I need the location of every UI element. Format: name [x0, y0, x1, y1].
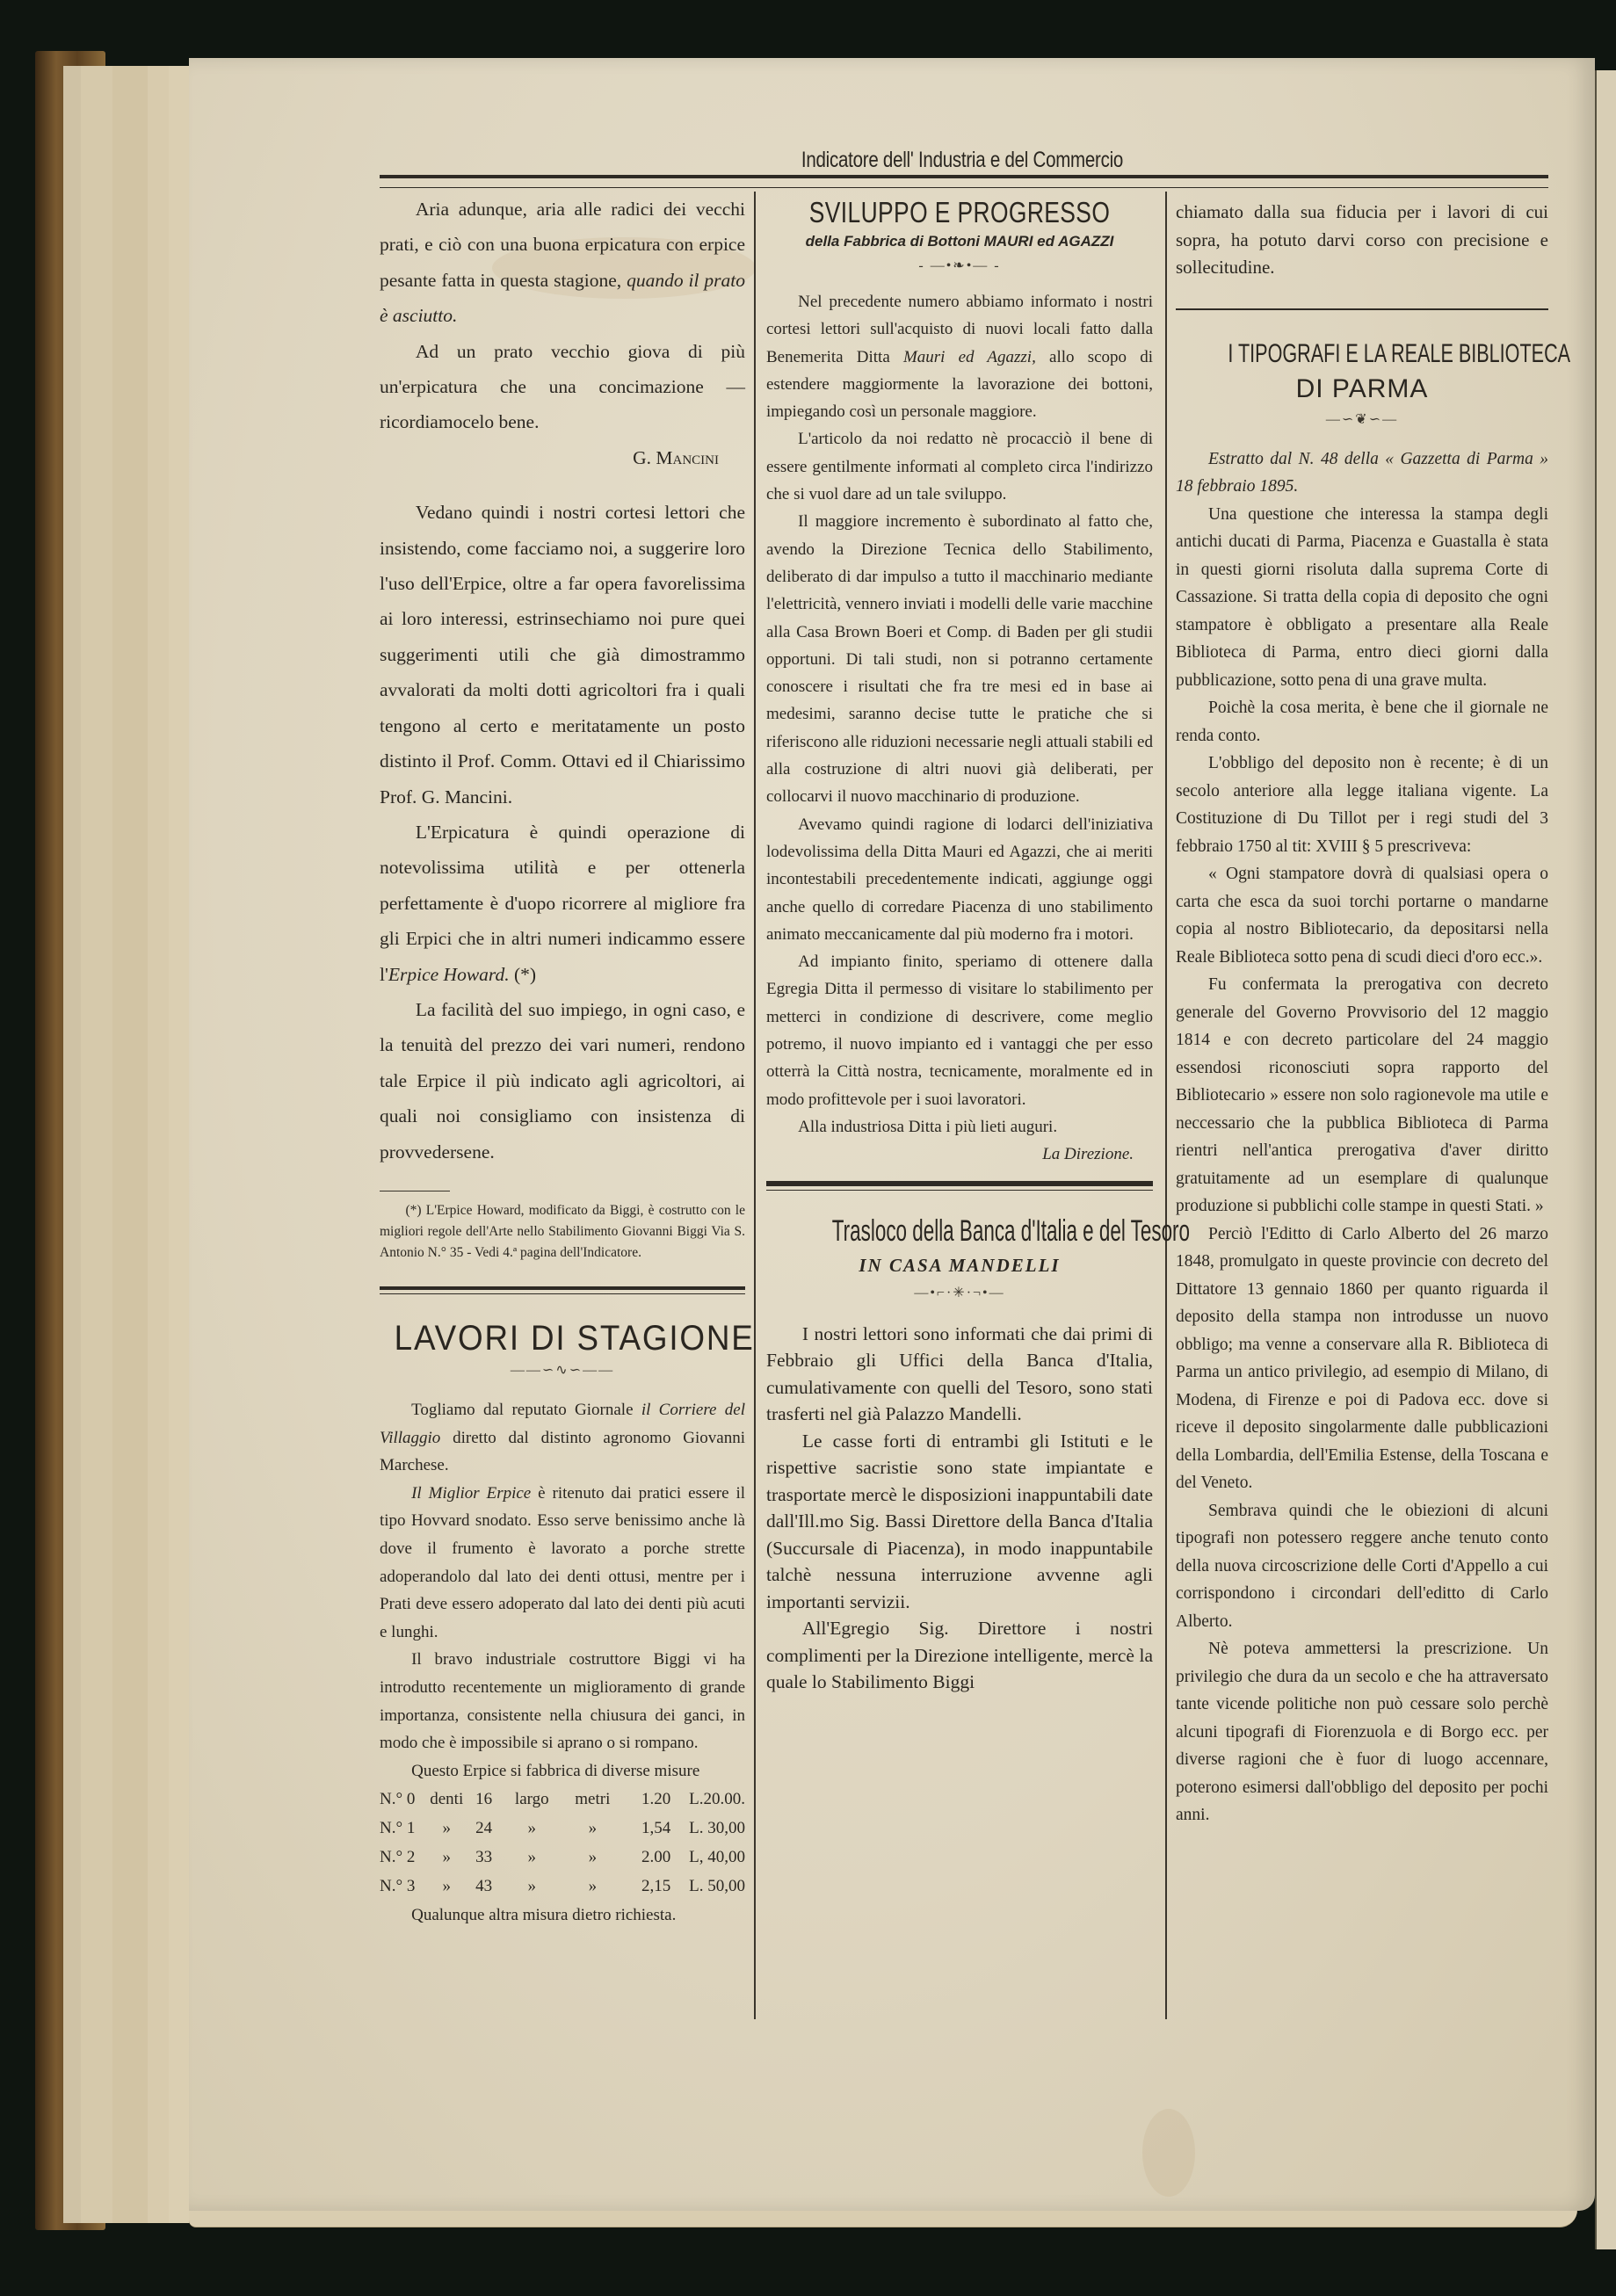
footnote: (*) L'Erpice Howard, modificato da Biggi…	[380, 1200, 745, 1264]
paragraph: Togliamo dal reputato Giornale il Corrie…	[380, 1396, 745, 1480]
paragraph: Poichè la cosa merita, è bene che il gio…	[1176, 694, 1548, 750]
paper-stain	[1142, 2109, 1195, 2197]
paragraph: Sembrava quindi che le obiezioni di alcu…	[1176, 1497, 1548, 1636]
paragraph: Aria adunque, aria alle radici dei vecch…	[380, 192, 745, 334]
paragraph: Ad impianto finito, speriamo di ottenere…	[766, 948, 1153, 1113]
paragraph: Il maggiore incremento è subordinato al …	[766, 508, 1153, 810]
paragraph: I nostri lettori sono informati che dai …	[766, 1321, 1153, 1428]
section-rule	[380, 1286, 745, 1294]
cell: largo	[500, 1785, 563, 1814]
model-number: N.° 3	[380, 1872, 426, 1901]
paragraph: Il Miglior Erpice è ritenuto dai pratici…	[380, 1480, 745, 1647]
paragraph: Fu confermata la prerogativa con decreto…	[1176, 971, 1548, 1220]
section-subtitle: IN CASA MANDELLI	[766, 1250, 1153, 1280]
paragraph: Qualunque altra misura dietro richiesta.	[380, 1901, 745, 1930]
price-value: L, 40,00	[670, 1843, 745, 1872]
width-value: 1,54	[621, 1814, 670, 1843]
page-edge	[63, 66, 82, 2223]
section-title-parma: DI PARMA	[1176, 372, 1548, 407]
left-column: Aria adunque, aria alle radici dei vecch…	[380, 192, 745, 1930]
cell: »	[563, 1872, 621, 1901]
page-edge	[169, 66, 190, 2223]
teeth-count: 16	[467, 1785, 500, 1814]
ornament: ——∽∿∽——	[380, 1358, 745, 1384]
paragraph: L'obbligo del deposito non è recente; è …	[1176, 750, 1548, 860]
section-title-tipografi: I TIPOGRAFI E LA REALE BIBLIOTECA	[1228, 337, 1496, 372]
page-edge	[112, 66, 149, 2223]
author-signature: G. Mancini	[380, 440, 745, 475]
footnote-rule	[380, 1191, 450, 1191]
cell: »	[426, 1872, 467, 1901]
paragraph: Il bravo industriale costruttore Biggi v…	[380, 1646, 745, 1756]
column-rule	[754, 192, 756, 2019]
quotation: « Ogni stampatore dovrà di qualsiasi ope…	[1176, 860, 1548, 971]
right-column: chiamato dalla sua fiducia per i lavori …	[1176, 199, 1548, 1829]
paragraph: Questo Erpice si fabbrica di diverse mis…	[380, 1757, 745, 1785]
cell: denti	[426, 1785, 467, 1814]
paragraph: L'Erpicatura è quindi operazione di note…	[380, 815, 745, 992]
italic-phrase: Mauri ed Agazzi,	[903, 348, 1036, 366]
running-head: Indicatore dell' Industria e del Commerc…	[483, 148, 1442, 173]
section-title-trasloco: Trasloco della Banca d'Italia e del Teso…	[832, 1212, 1087, 1250]
section-title-lavori: LAVORI DI STAGIONE	[395, 1319, 731, 1358]
middle-column: SVILUPPO E PROGRESSO della Fabbrica di B…	[766, 195, 1153, 1696]
price-row: N.° 0denti16largometri1.20L.20.00.	[380, 1785, 745, 1814]
cell: »	[500, 1872, 563, 1901]
cell: metri	[563, 1785, 621, 1814]
cell: »	[426, 1843, 467, 1872]
next-page-edge	[1595, 70, 1616, 2249]
paragraph-text: Togliamo dal reputato Giornale	[411, 1401, 641, 1419]
paragraph: Perciò l'Editto di Carlo Alberto del 26 …	[1176, 1220, 1548, 1497]
cell: »	[563, 1843, 621, 1872]
ornament: —∽❦∽—	[1176, 407, 1548, 433]
source-note: Estratto dal N. 48 della « Gazzetta di P…	[1176, 445, 1548, 501]
price-value: L. 50,00	[670, 1872, 745, 1901]
paragraph: Nè poteva ammettersi la prescrizione. Un…	[1176, 1635, 1548, 1829]
footnote-marker[interactable]: (*)	[510, 964, 536, 985]
cell: »	[500, 1814, 563, 1843]
model-number: N.° 0	[380, 1785, 426, 1814]
paragraph: Alla industriosa Ditta i più lieti augur…	[766, 1113, 1153, 1141]
paragraph: L'articolo da noi redatto nè procacciò i…	[766, 425, 1153, 508]
signature: La Direzione.	[766, 1141, 1153, 1168]
price-row: N.° 2»33»»2.00L, 40,00	[380, 1843, 745, 1872]
column-rule	[1165, 192, 1167, 2019]
paragraph: Una questione che interessa la stampa de…	[1176, 501, 1548, 695]
section-title-sviluppo: SVILUPPO E PROGRESSO	[805, 195, 1114, 230]
teeth-count: 24	[467, 1814, 500, 1843]
cell: »	[426, 1814, 467, 1843]
paragraph: Nel precedente numero abbiamo informato …	[766, 288, 1153, 425]
italic-phrase: Il Miglior Erpice	[411, 1484, 531, 1503]
price-table: N.° 0denti16largometri1.20L.20.00. N.° 1…	[380, 1785, 745, 1901]
paragraph: All'Egregio Sig. Direttore i nostri comp…	[766, 1615, 1153, 1696]
section-rule	[766, 1181, 1153, 1191]
paragraph-text: L'Erpicatura è quindi operazione di note…	[380, 822, 745, 985]
page-edge	[148, 66, 170, 2223]
price-row: N.° 3»43»»2,15L. 50,00	[380, 1872, 745, 1901]
cell: »	[563, 1814, 621, 1843]
footnote-text: (*) L'Erpice Howard, modificato da Biggi…	[380, 1200, 745, 1264]
width-value: 1.20	[621, 1785, 670, 1814]
paragraph: La facilità del suo impiego, in ogni cas…	[380, 992, 745, 1170]
italic-phrase: Erpice Howard.	[388, 964, 510, 985]
paragraph: Le casse forti di entrambi gli Istituti …	[766, 1428, 1153, 1616]
page-edge	[81, 66, 113, 2223]
paragraph: Ad un prato vecchio giova di più un'erpi…	[380, 334, 745, 440]
ornament: —•⌐·✳·¬•—	[766, 1280, 1153, 1307]
price-value: L. 30,00	[670, 1814, 745, 1843]
header-rule	[380, 175, 1548, 188]
paragraph: Vedano quindi i nostri cortesi lettori c…	[380, 495, 745, 815]
ornament: - —•❧•— -	[766, 253, 1153, 279]
teeth-count: 43	[467, 1872, 500, 1901]
cell: »	[500, 1843, 563, 1872]
paragraph-text: è ritenuto dai pratici essere il tipo Ho…	[380, 1484, 745, 1641]
width-value: 2.00	[621, 1843, 670, 1872]
teeth-count: 33	[467, 1843, 500, 1872]
width-value: 2,15	[621, 1872, 670, 1901]
price-value: L.20.00.	[670, 1785, 745, 1814]
section-subtitle: della Fabbrica di Bottoni MAURI ed AGAZZ…	[766, 230, 1153, 253]
model-number: N.° 2	[380, 1843, 426, 1872]
price-row: N.° 1»24»»1,54L. 30,00	[380, 1814, 745, 1843]
paragraph: Avevamo quindi ragione di lodarci dell'i…	[766, 811, 1153, 948]
model-number: N.° 1	[380, 1814, 426, 1843]
paragraph: chiamato dalla sua fiducia per i lavori …	[1176, 199, 1548, 282]
